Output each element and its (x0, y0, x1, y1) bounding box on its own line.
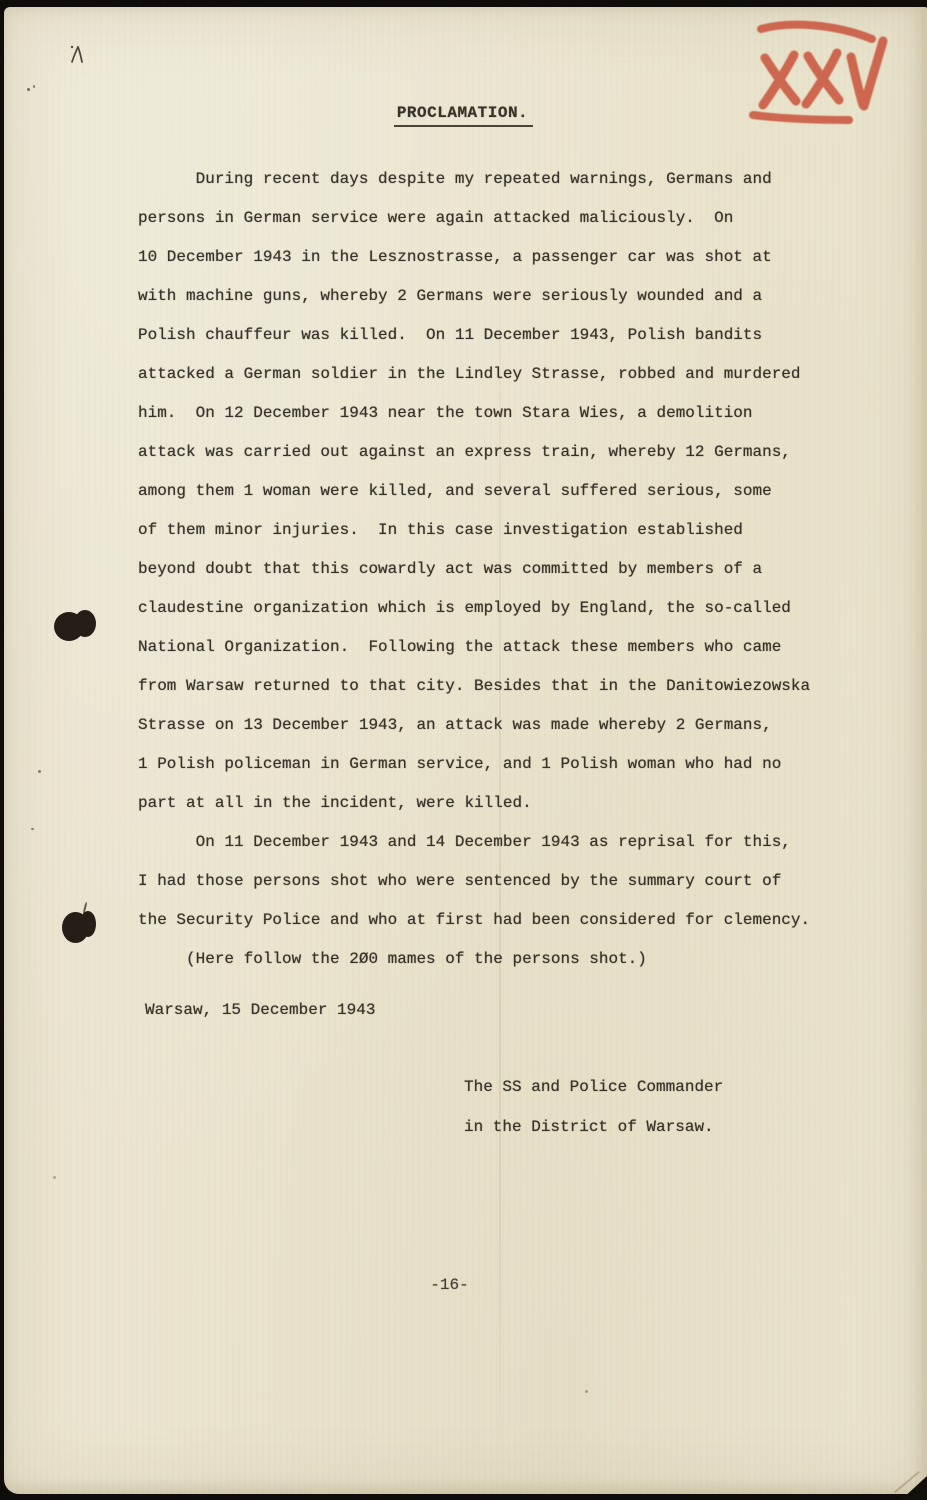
body-line: claudestine organization which is employ… (138, 589, 858, 628)
ink-speck (27, 88, 30, 91)
dateline: Warsaw, 15 December 1943 (145, 1000, 375, 1020)
body-line: among them 1 woman were killed, and seve… (138, 472, 858, 511)
body-line: with machine guns, whereby 2 Germans wer… (138, 277, 858, 316)
document-title: PROCLAMATION. (394, 104, 533, 127)
body-line: of them minor injuries. In this case inv… (138, 511, 858, 550)
body-line: attack was carried out against an expres… (138, 433, 858, 472)
body-line: attacked a German soldier in the Lindley… (138, 355, 858, 394)
ink-speck (53, 1176, 56, 1179)
body-line: Polish chauffeur was killed. On 11 Decem… (138, 316, 858, 355)
ink-speck (585, 1390, 588, 1393)
body-line: him. On 12 December 1943 near the town S… (138, 394, 858, 433)
body-line: On 11 December 1943 and 14 December 1943… (138, 823, 858, 862)
ink-speck (38, 770, 41, 773)
body-line: from Warsaw returned to that city. Besid… (138, 667, 858, 706)
ink-speck (33, 85, 35, 88)
scanned-document-page: XXV PROCLAMATION. During recent days des… (0, 0, 927, 1500)
pencil-mark-icon (68, 44, 88, 66)
punch-mark-icon (80, 911, 96, 937)
body-line: National Organization. Following the att… (138, 628, 858, 667)
punch-mark-icon (74, 610, 96, 637)
page-number: -16- (0, 1275, 913, 1295)
body-line: 1 Polish policeman in German service, an… (138, 745, 858, 784)
signature-line: in the District of Warsaw. (464, 1107, 723, 1147)
signature-line: The SS and Police Commander (464, 1067, 723, 1107)
body-line: During recent days despite my repeated w… (138, 160, 858, 199)
body-line: the Security Police and who at first had… (138, 901, 858, 940)
signature-block: The SS and Police Commanderin the Distri… (464, 1067, 723, 1147)
ink-speck (31, 828, 34, 830)
body-line: 10 December 1943 in the Lesznostrasse, a… (138, 238, 858, 277)
document-body: During recent days despite my repeated w… (138, 160, 858, 979)
body-line: beyond doubt that this cowardly act was … (138, 550, 858, 589)
body-line: part at all in the incident, were killed… (138, 784, 858, 823)
body-line: I had those persons shot who were senten… (138, 862, 858, 901)
title-row: PROCLAMATION. (0, 104, 927, 127)
body-line: persons in German service were again att… (138, 199, 858, 238)
body-line: (Here follow the 2Ø0 mames of the person… (138, 940, 858, 979)
body-line: Strasse on 13 December 1943, an attack w… (138, 706, 858, 745)
